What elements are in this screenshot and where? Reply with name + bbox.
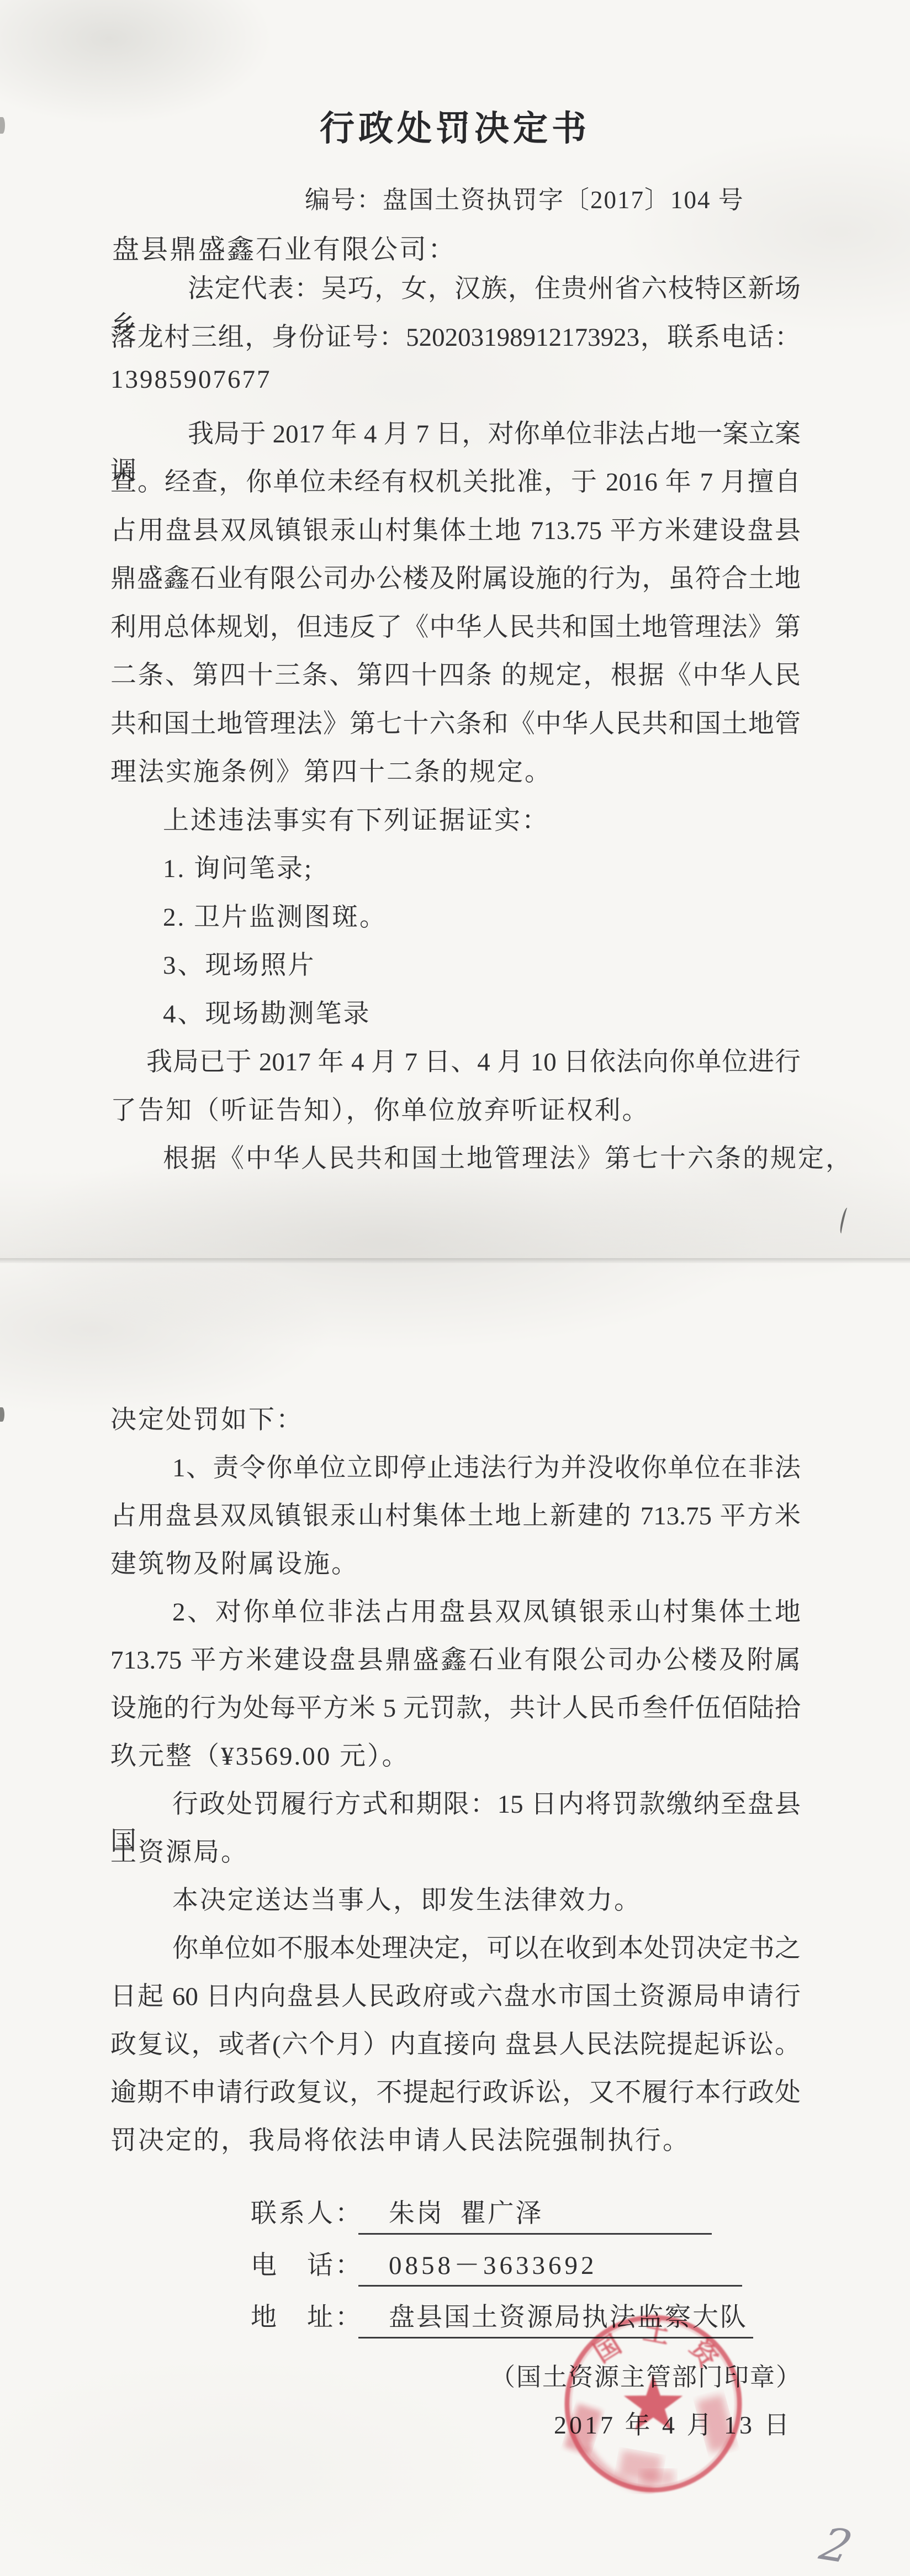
seal-star-icon (624, 2374, 683, 2430)
document-line: 建筑物及附属设施。 (110, 1543, 801, 1577)
document-line: 落龙村三组，身份证号：520203198912173923，联系电话： (110, 316, 801, 351)
document-line: 占用盘县双凤镇银汞山村集体土地上新建的 713.75 平方米 (110, 1495, 801, 1529)
document-line: 政复议，或者(六个月）内直接向 盘县人民法院提起诉讼。 (110, 2024, 801, 2058)
document-line: 鼎盛鑫石业有限公司办公楼及附属设施的行为，虽符合土地 (110, 558, 801, 592)
document-line: 查。经查，你单位未经有权机关批准，于 2016 年 7 月擅自 (110, 461, 801, 495)
official-red-seal-icon: 国土资 (537, 2288, 769, 2520)
document-line: 根据《中华人民共和国土地管理法》第七十六条的规定， (110, 1138, 801, 1172)
document-line: 上述违法事实有下列证据证实： (110, 800, 801, 834)
document-line: 713.75 平方米建设盘县鼎盛鑫石业有限公司办公楼及附属 (110, 1639, 801, 1674)
document-line: 法定代表：吴巧，女，汉族，住贵州省六枝特区新场乡 (110, 268, 801, 302)
document-line: 罚决定的，我局将依法申请人民法院强制执行。 (110, 2120, 801, 2154)
scanned-document: 行政处罚决定书 编号：盘国土资执罚字〔2017〕104 号 盘县鼎盛鑫石业有限公… (0, 0, 910, 2576)
scan-artifact-mark (0, 1407, 4, 1422)
scan-artifact-mark (0, 117, 5, 134)
page-break-shadow (0, 1258, 910, 1263)
document-line: 2. 卫片监测图斑。 (110, 896, 801, 931)
document-line: 共和国土地管理法》第七十六条和《中华人民共和国土地管 (110, 703, 801, 737)
document-line: 3、现场照片 (110, 944, 801, 979)
document-line: 占用盘县双凤镇银汞山村集体土地 713.75 平方米建设盘县 (110, 510, 801, 544)
document-line: 了告知（听证告知），你单位放弃听证权利。 (110, 1090, 801, 1124)
document-line: 设施的行为处每平方米 5 元罚款，共计人民币叁仟伍佰陆拾 (110, 1687, 801, 1722)
document-line: 利用总体规划，但违反了《中华人民共和国土地管理法》第 (110, 606, 801, 641)
document-line: 我局已于 2017 年 4 月 7 日、4 月 10 日依法向你单位进行 (110, 1041, 801, 1075)
document-title: 行政处罚决定书 (320, 101, 590, 151)
document-line: 逾期不申请行政复议，不提起行政诉讼，又不履行本行政处 (110, 2072, 801, 2106)
doc-number: 编号：盘国土资执罚字〔2017〕104 号 (305, 180, 744, 215)
document-line: 理法实施条例》第四十二条的规定。 (110, 751, 801, 785)
document-line: 行政处罚履行方式和期限：15 日内将罚款缴纳至盘县国 (110, 1783, 801, 1818)
contact-label: 地 址： (251, 2297, 358, 2334)
document-line: 本决定送达当事人，即发生法律效力。 (110, 1880, 801, 1914)
document-line: 2、对你单位非法占用盘县双凤镇银汞山村集体土地 (110, 1591, 801, 1625)
document-line: 日起 60 日内向盘县人民政府或六盘水市国土资源局申请行 (110, 1976, 801, 2010)
document-line: 1. 询问笔录; (110, 848, 801, 882)
document-line: 玖元整（¥3569.00 元）。 (110, 1735, 801, 1770)
document-line: 你单位如不服本处理决定，可以在收到本处罚决定书之 (110, 1928, 801, 1962)
document-line: 我局于 2017 年 4 月 7 日，对你单位非法占地一案立案调 (110, 413, 801, 447)
handwritten-page-number: 2 (814, 2518, 858, 2573)
document-line: 13985907677 (110, 365, 801, 399)
page-bottom-shading (0, 1171, 910, 1258)
document-line: 1、责令你单位立即停止违法行为并没收你单位在非法 (110, 1447, 801, 1481)
document-line: 土资源局。 (110, 1831, 801, 1866)
recipient-line: 盘县鼎盛鑫石业有限公司： (112, 228, 457, 267)
document-line: 决定处罚如下： (110, 1399, 801, 1433)
document-line: 4、现场勘测笔录 (110, 993, 801, 1027)
document-line: 二条、第四十三条、第四十四条 的规定，根据《中华人民 (110, 654, 801, 689)
